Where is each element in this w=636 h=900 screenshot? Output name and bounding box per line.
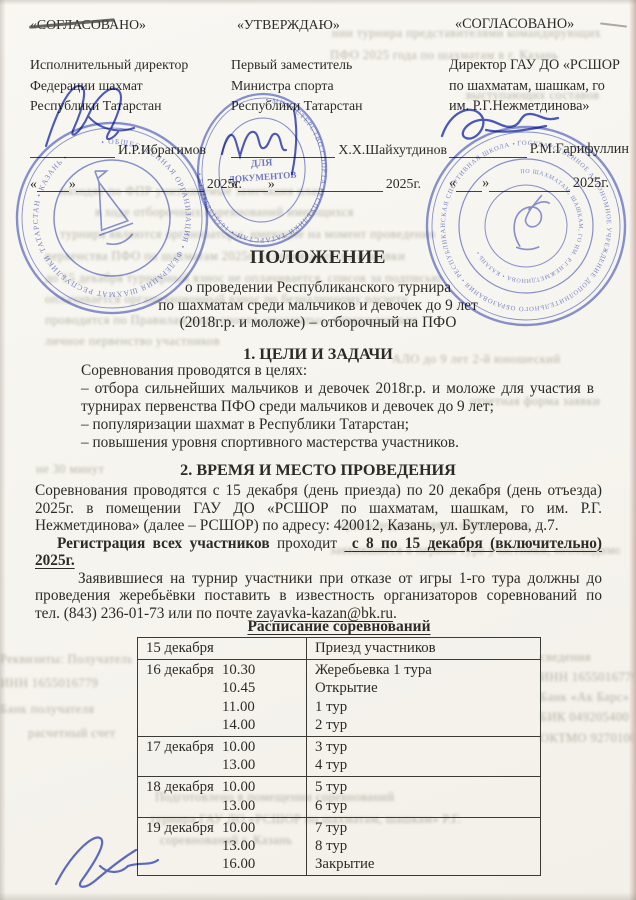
events-cell: Жеребьевка 1 тура Открытие 1 тур 2 тур: [306, 660, 540, 736]
date-line: «»2025г.: [231, 173, 421, 192]
bleedthrough-text: в ходе отборочных соревнований имеющихся: [95, 205, 565, 220]
bleedthrough-text: ОКТМО 92701000 Док№327: [540, 731, 634, 746]
events-cell: 3 тур 4 тур: [306, 737, 540, 776]
signature-line: [30, 157, 115, 158]
bleedthrough-text: ИНН 1655016779: [0, 676, 132, 691]
page-edge-bottom: [0, 892, 636, 900]
signature-line: [449, 157, 527, 158]
page-edge-right: [629, 0, 636, 900]
bleedthrough-text: Банк «Ак Барс» Казань: [540, 690, 634, 705]
table-row: 15 декабря Приезд участников: [138, 638, 540, 659]
bleedthrough-text: Реквизиты: Получатель: [0, 652, 132, 667]
document-page: нии турнира представителями командирующи…: [0, 0, 636, 900]
approval-column-ministry: «УТВЕРЖДАЮ» Первый заместитель Министра …: [231, 16, 447, 192]
page-edge-top: [0, 0, 636, 5]
approval-column-federation: «СОГЛАСОВАНО» Исполнительный директор Фе…: [30, 16, 206, 192]
date-cell: 19 декабря10.00 13.00 16.00: [138, 818, 306, 876]
date-cell: 15 декабря: [138, 638, 306, 659]
date-line: «»2025г.: [30, 173, 242, 192]
signature-line: [231, 157, 335, 158]
table-row: 17 декабря10.00 13.00 3 тур 4 тур: [138, 736, 540, 776]
document-subtitle: о проведении Республиканского турнира по…: [0, 279, 636, 332]
approval-column-rsshor: «СОГЛАСОВАНО» Директор ГАУ ДО «РСШОР по …: [449, 16, 629, 192]
bleedthrough-text: ИНН 1655016779: [540, 670, 634, 685]
section2-body: Соревнования проводятся с 15 декабря (де…: [35, 482, 602, 622]
table-row: 16 декабря10.30 10.45 11.00 14.00 Жеребь…: [138, 659, 540, 736]
signer-name: Х.Х.Шайхутдинов: [338, 141, 447, 158]
approval-title: Исполнительный директор Федерации шахмат…: [30, 55, 206, 117]
approval-title: Первый заместитель Министра спорта Респу…: [231, 55, 447, 117]
date-cell: 18 декабря10.00 13.00: [138, 777, 306, 816]
schedule-table: 15 декабря Приезд участников 16 декабря1…: [137, 637, 541, 876]
approval-status: «УТВЕРЖДАЮ»: [231, 16, 447, 33]
bleedthrough-text: турнира являются организаторы, имеющие н…: [60, 227, 590, 242]
bleedthrough-text: расчетный счет: [28, 726, 134, 741]
bleedthrough-text: Банк получателя: [0, 702, 134, 717]
events-cell: Приезд участников: [306, 638, 540, 659]
table-row: 19 декабря10.00 13.00 16.00 7 тур 8 тур …: [138, 817, 540, 876]
section2-heading: 2. ВРЕМЯ И МЕСТО ПРОВЕДЕНИЯ: [0, 461, 636, 480]
section1-body: Соревнования проводятся в целях: – отбор…: [81, 362, 594, 452]
page-edge-left: [0, 0, 6, 900]
signer-name: И.Р.Ибрагимов: [118, 141, 206, 158]
registration-line: Регистрация всех участников проходит с 8…: [35, 535, 602, 553]
bleedthrough-text: БИК 049205400 КПП 165501001: [540, 710, 634, 725]
date-line: «»2025г.: [449, 173, 609, 192]
date-cell: 16 декабря10.30 10.45 11.00 14.00: [138, 660, 306, 736]
events-cell: 5 тур 6 тур: [306, 777, 540, 816]
document-title: ПОЛОЖЕНИЕ: [0, 247, 636, 269]
events-cell: 7 тур 8 тур Закрытие: [306, 818, 540, 876]
table-row: 18 декабря10.00 13.00 5 тур 6 тур: [138, 776, 540, 816]
signer-name: Р.М.Гарифуллин: [530, 141, 629, 158]
date-cell: 17 декабря10.00 13.00: [138, 737, 306, 776]
bleedthrough-text: сведения: [540, 650, 634, 665]
schedule-title: Расписание соревнований: [137, 618, 541, 636]
approval-title: Директор ГАУ ДО «РСШОР по шахматам, шашк…: [449, 55, 629, 117]
